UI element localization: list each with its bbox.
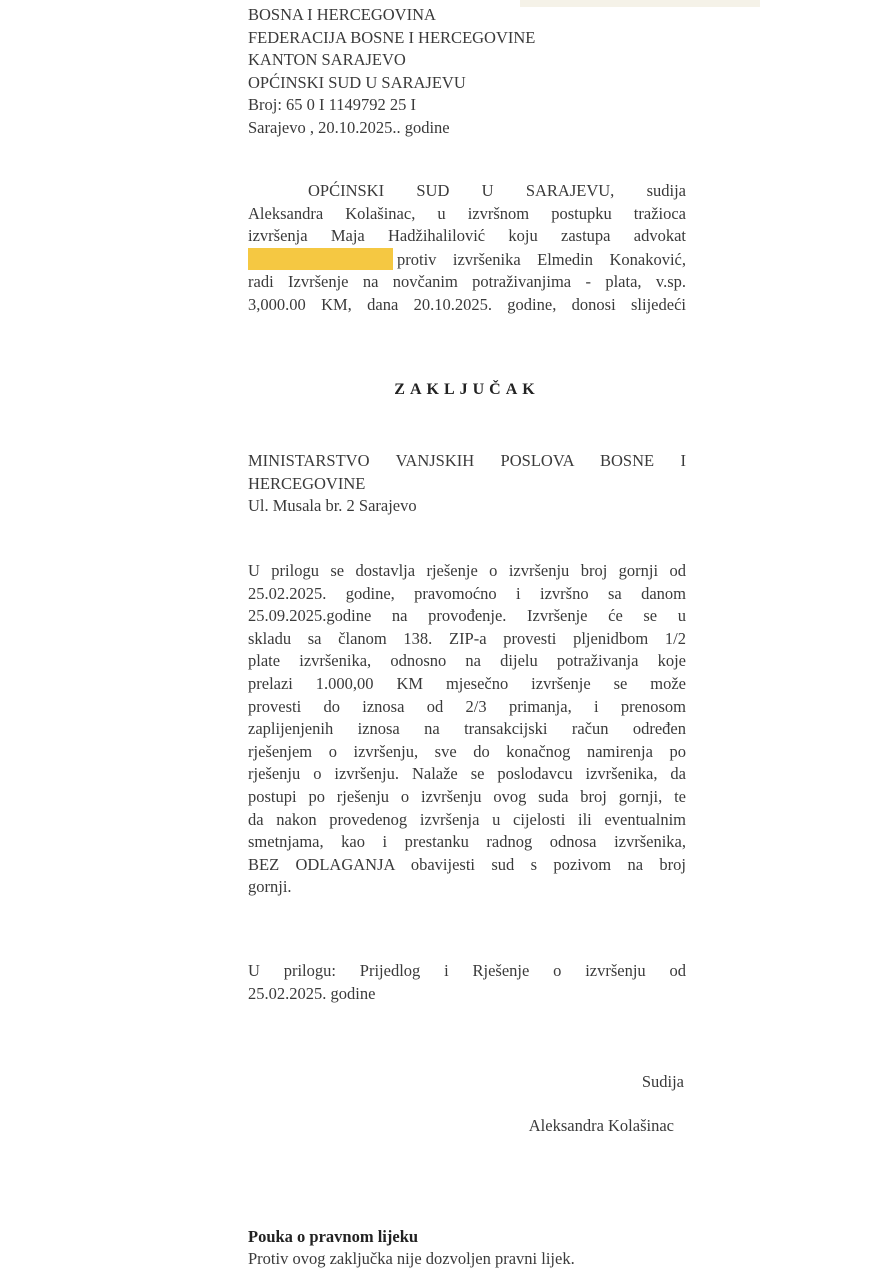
intro-line-text: protiv izvršenika Elmedin Konaković, <box>397 250 686 269</box>
body-line: provesti do iznosa od 2/3 primanja, i pr… <box>248 696 686 719</box>
case-number: Broj: 65 0 I 1149792 25 I <box>248 94 686 117</box>
body-line: da nakon provedenog izvršenja u cijelost… <box>248 809 686 832</box>
legal-remedy: Pouka o pravnom lijeku Protiv ovog zaklj… <box>248 1226 686 1270</box>
attachment-line: U prilogu: Prijedlog i Rješenje o izvrše… <box>248 960 686 983</box>
redaction-highlight <box>248 248 393 270</box>
header-country: BOSNA I HERCEGOVINA <box>248 4 686 27</box>
body-line: rješenjem o izvršenju, sve do konačnog n… <box>248 741 686 764</box>
body-line: prelazi 1.000,00 KM mjesečno izvršenje s… <box>248 673 686 696</box>
body-line: skladu sa članom 138. ZIP-a provesti plj… <box>248 628 686 651</box>
intro-line: OPĆINSKI SUD U SARAJEVU, sudija <box>248 180 686 203</box>
legal-remedy-heading: Pouka o pravnom lijeku <box>248 1226 686 1248</box>
intro-line: radi Izvršenje na novčanim potraživanjim… <box>248 271 686 294</box>
addressee-address: Ul. Musala br. 2 Sarajevo <box>248 495 686 518</box>
addressee-name-cont: HERCEGOVINE <box>248 473 686 496</box>
body-paragraph: U prilogu se dostavlja rješenje o izvrše… <box>248 560 686 899</box>
body-line: postupi po rješenju o izvršenju ovog sud… <box>248 786 686 809</box>
signature-name: Aleksandra Kolašinac <box>529 1116 674 1136</box>
intro-line-redacted: protiv izvršenika Elmedin Konaković, <box>248 248 686 272</box>
intro-line: 3,000.00 KM, dana 20.10.2025. godine, do… <box>248 294 686 317</box>
attachment-note: U prilogu: Prijedlog i Rješenje o izvrše… <box>248 960 686 1005</box>
body-line: 25.09.2025.godine na provođenje. Izvršen… <box>248 605 686 628</box>
attachment-line: 25.02.2025. godine <box>248 983 686 1006</box>
header-canton: KANTON SARAJEVO <box>248 49 686 72</box>
intro-line: izvršenja Maja Hadžihalilović koju zastu… <box>248 225 686 248</box>
addressee-name: MINISTARSTVO VANJSKIH POSLOVA BOSNE I <box>248 450 686 473</box>
intro-line: Aleksandra Kolašinac, u izvršnom postupk… <box>248 203 686 226</box>
body-line: plate izvršenika, odnosno na dijelu potr… <box>248 650 686 673</box>
body-line: BEZ ODLAGANJA obavijesti sud s pozivom n… <box>248 854 686 877</box>
body-line: 25.02.2025. godine, pravomoćno i izvršno… <box>248 583 686 606</box>
header-federation: FEDERACIJA BOSNE I HERCEGOVINE <box>248 27 686 50</box>
document-title: ZAKLJUČAK <box>248 381 686 399</box>
body-line: zaplijenjenih iznosa na transakcijski ra… <box>248 718 686 741</box>
body-line: smetnjama, kao i prestanku radnog odnosa… <box>248 831 686 854</box>
body-line: gornji. <box>248 876 686 899</box>
intro-paragraph: OPĆINSKI SUD U SARAJEVU, sudija Aleksand… <box>248 180 686 317</box>
signature-role: Sudija <box>642 1072 684 1092</box>
body-line: rješenju o izvršenju. Nalaže se poslodav… <box>248 763 686 786</box>
document-date: Sarajevo , 20.10.2025.. godine <box>248 117 686 140</box>
addressee-block: MINISTARSTVO VANJSKIH POSLOVA BOSNE I HE… <box>248 450 686 518</box>
body-line: U prilogu se dostavlja rješenje o izvrše… <box>248 560 686 583</box>
header-court: OPĆINSKI SUD U SARAJEVU <box>248 72 686 95</box>
court-header: BOSNA I HERCEGOVINA FEDERACIJA BOSNE I H… <box>248 4 686 140</box>
legal-remedy-text: Protiv ovog zaključka nije dozvoljen pra… <box>248 1248 686 1270</box>
